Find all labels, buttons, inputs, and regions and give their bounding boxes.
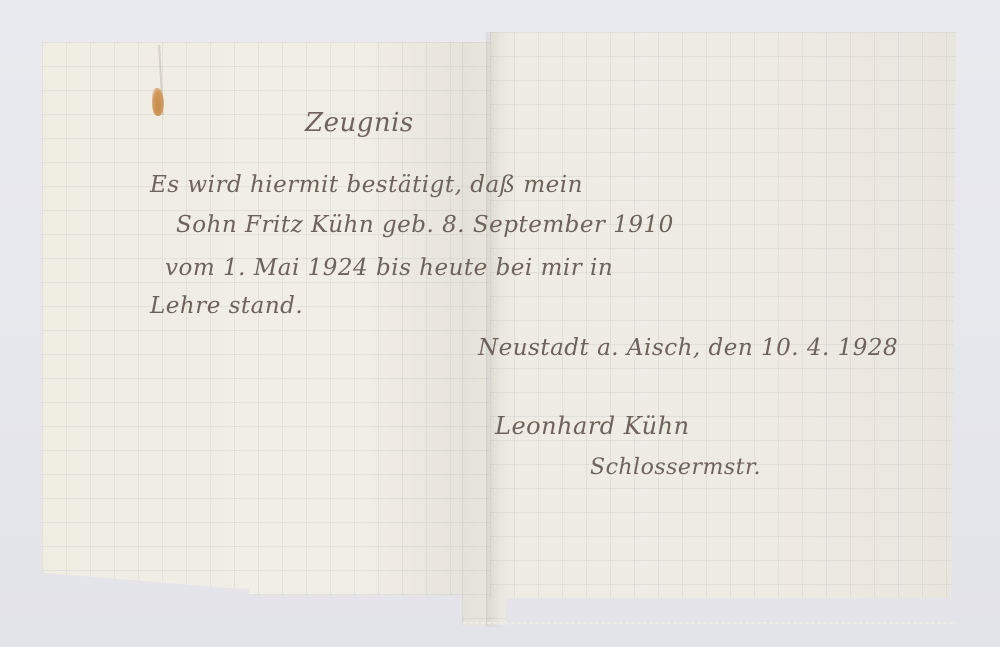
body-line-4: Lehre stand.: [150, 293, 303, 319]
photo-scene: Zeugnis Es wird hiermit bestätigt, daß m…: [0, 0, 1000, 647]
body-line-2: Sohn Fritz Kühn geb. 8. September 1910: [176, 212, 674, 238]
center-fold: [486, 32, 502, 627]
document-title: Zeugnis: [305, 108, 414, 138]
place-date: Neustadt a. Aisch, den 10. 4. 1928: [478, 335, 898, 361]
rust-stain: [152, 88, 164, 116]
body-line-3: vom 1. Mai 1924 bis heute bei mir in: [165, 255, 613, 281]
grid-lines: [490, 32, 956, 598]
document-paper: [0, 0, 1000, 647]
signature-name: Leonhard Kühn: [495, 412, 690, 440]
serrated-edge: [462, 622, 956, 626]
right-page: [490, 32, 956, 598]
body-line-1: Es wird hiermit bestätigt, daß mein: [150, 172, 583, 198]
signature-title: Schlossermstr.: [590, 455, 761, 480]
